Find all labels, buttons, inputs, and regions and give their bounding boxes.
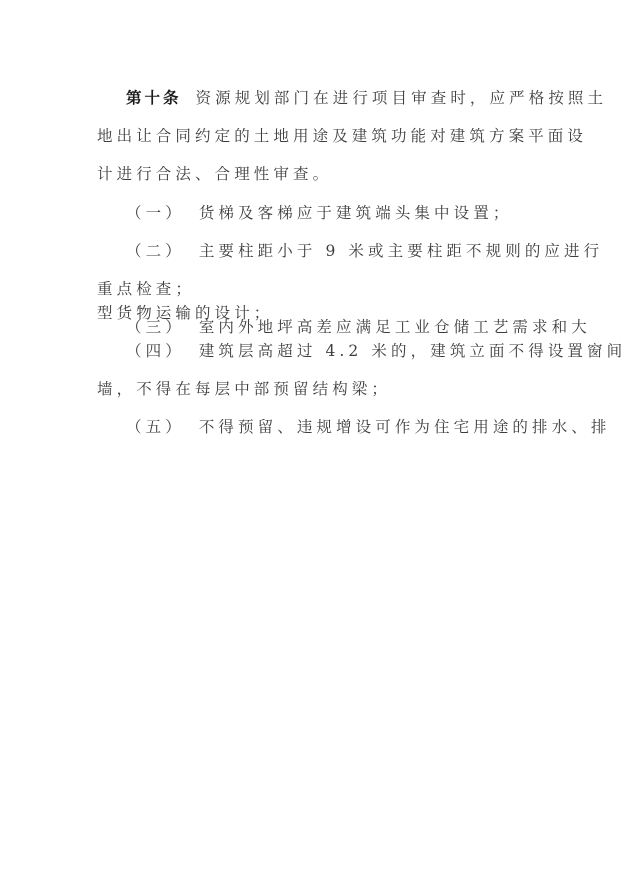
article-10-label: 第十条 (126, 88, 182, 107)
article-10-item-2: （二）主要柱距小于 9 米或主要柱距不规则的应进行 (126, 241, 566, 261)
item-text: 不得预留、违规增设可作为住宅用途的排水、排 (199, 418, 611, 436)
article-10-first-line: 第十条资源规划部门在进行项目审查时，应严格按照土 (126, 88, 566, 108)
document-page: 第十条资源规划部门在进行项目审查时，应严格按照土 地出让合同约定的土地用途及建筑… (0, 0, 625, 884)
item-text: 主要柱距小于 9 米或主要柱距不规则的应进行 (199, 242, 603, 260)
article-10-item-4: （四）建筑层高超过 4.2 米的，建筑立面不得设置窗间 (126, 341, 566, 361)
item-text: 货梯及客梯应于建筑端头集中设置； (199, 204, 513, 222)
article-10-item-1: （一）货梯及客梯应于建筑端头集中设置； (126, 203, 566, 223)
item-marker: （五） (126, 418, 185, 436)
article-10-line-3: 计进行合法、合理性审查。 (97, 164, 537, 184)
article-10-item-4-cont: 墙，不得在每层中部预留结构梁； (97, 379, 537, 399)
item-text: 建筑层高超过 4.2 米的，建筑立面不得设置窗间 (199, 342, 625, 360)
item-marker: （四） (126, 342, 185, 360)
item-marker: （二） (126, 242, 185, 260)
article-10-text: 资源规划部门在进行项目审查时，应严格按照土 (196, 89, 608, 107)
article-10-item-2-cont: 重点检查； (97, 279, 537, 299)
item-marker: （一） (126, 204, 185, 222)
article-10-line-2: 地出让合同约定的土地用途及建筑功能对建筑方案平面设 (97, 126, 537, 146)
article-10-item-5: （五）不得预留、违规增设可作为住宅用途的排水、排 (126, 417, 566, 437)
article-10-item-3-cont: 型货物运输的设计； (97, 303, 537, 323)
